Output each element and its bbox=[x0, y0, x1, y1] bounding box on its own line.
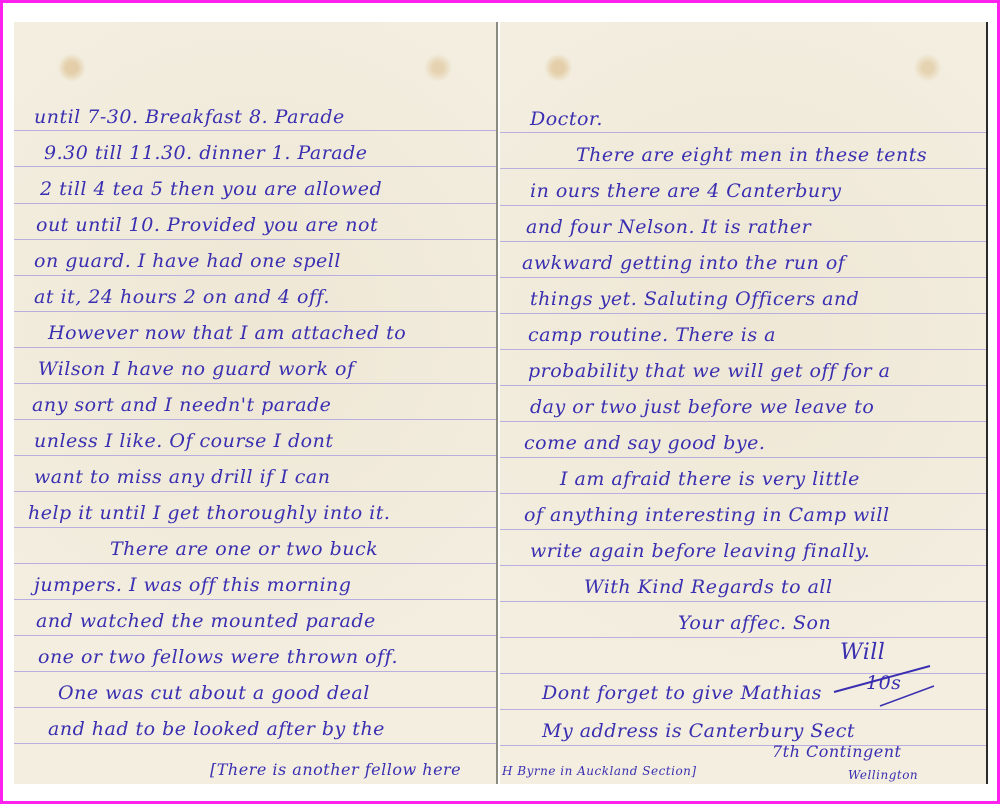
letter-line: want to miss any drill if I can bbox=[34, 466, 331, 488]
letter-page-left: until 7-30. Breakfast 8. Parade 9.30 til… bbox=[14, 22, 498, 784]
letter-line: and had to be looked after by the bbox=[48, 718, 385, 740]
closing-signoff: Your affec. Son bbox=[678, 612, 831, 634]
letter-page-right: Doctor. There are eight men in these ten… bbox=[500, 22, 988, 784]
address-line-1: My address is Canterbury Sect bbox=[542, 720, 855, 742]
letter-line: awkward getting into the run of bbox=[522, 252, 845, 274]
letter-line: come and say good bye. bbox=[524, 432, 765, 454]
letter-line: at it, 24 hours 2 on and 4 off. bbox=[34, 286, 330, 308]
letter-line: until 7-30. Breakfast 8. Parade bbox=[34, 106, 345, 128]
letter-line: Wilson I have no guard work of bbox=[38, 358, 354, 380]
postscript: Dont forget to give Mathias bbox=[542, 682, 822, 704]
letter-line: There are eight men in these tents bbox=[576, 144, 927, 166]
letter-line: However now that I am attached to bbox=[48, 322, 406, 344]
letter-line: I am afraid there is very little bbox=[560, 468, 860, 490]
letter-line: out until 10. Provided you are not bbox=[36, 214, 378, 236]
closing-line: With Kind Regards to all bbox=[584, 576, 833, 598]
letter-line: and watched the mounted parade bbox=[36, 610, 376, 632]
letter-line: One was cut about a good deal bbox=[58, 682, 370, 704]
letter-line: things yet. Saluting Officers and bbox=[530, 288, 859, 310]
letter-line: jumpers. I was off this morning bbox=[34, 574, 351, 596]
letter-line: probability that we will get off for a bbox=[528, 360, 890, 382]
letter-line: camp routine. There is a bbox=[528, 324, 776, 346]
letter-line: 9.30 till 11.30. dinner 1. Parade bbox=[44, 142, 368, 164]
letter-line: in ours there are 4 Canterbury bbox=[530, 180, 842, 202]
letter-line: of anything interesting in Camp will bbox=[524, 504, 890, 526]
footnote-end: H Byrne in Auckland Section] bbox=[502, 764, 697, 778]
letter-line: 2 till 4 tea 5 then you are allowed bbox=[40, 178, 382, 200]
letter-line: There are one or two buck bbox=[110, 538, 378, 560]
letter-line: and four Nelson. It is rather bbox=[526, 216, 811, 238]
letter-line: write again before leaving finally. bbox=[530, 540, 870, 562]
letter-line: help it until I get thoroughly into it. bbox=[28, 502, 390, 524]
letter-line: Doctor. bbox=[530, 108, 603, 130]
letter-line: unless I like. Of course I dont bbox=[34, 430, 333, 452]
letter-line: any sort and I needn't parade bbox=[32, 394, 331, 416]
address-line-2: 7th Contingent bbox=[772, 742, 901, 761]
address-line-3: Wellington bbox=[848, 768, 918, 782]
letter-line: one or two fellows were thrown off. bbox=[38, 646, 398, 668]
postscript-amount: 10s bbox=[866, 672, 901, 694]
footnote-start: [There is another fellow here bbox=[210, 760, 461, 779]
letter-line: day or two just before we leave to bbox=[530, 396, 874, 418]
letter-line: on guard. I have had one spell bbox=[34, 250, 341, 272]
